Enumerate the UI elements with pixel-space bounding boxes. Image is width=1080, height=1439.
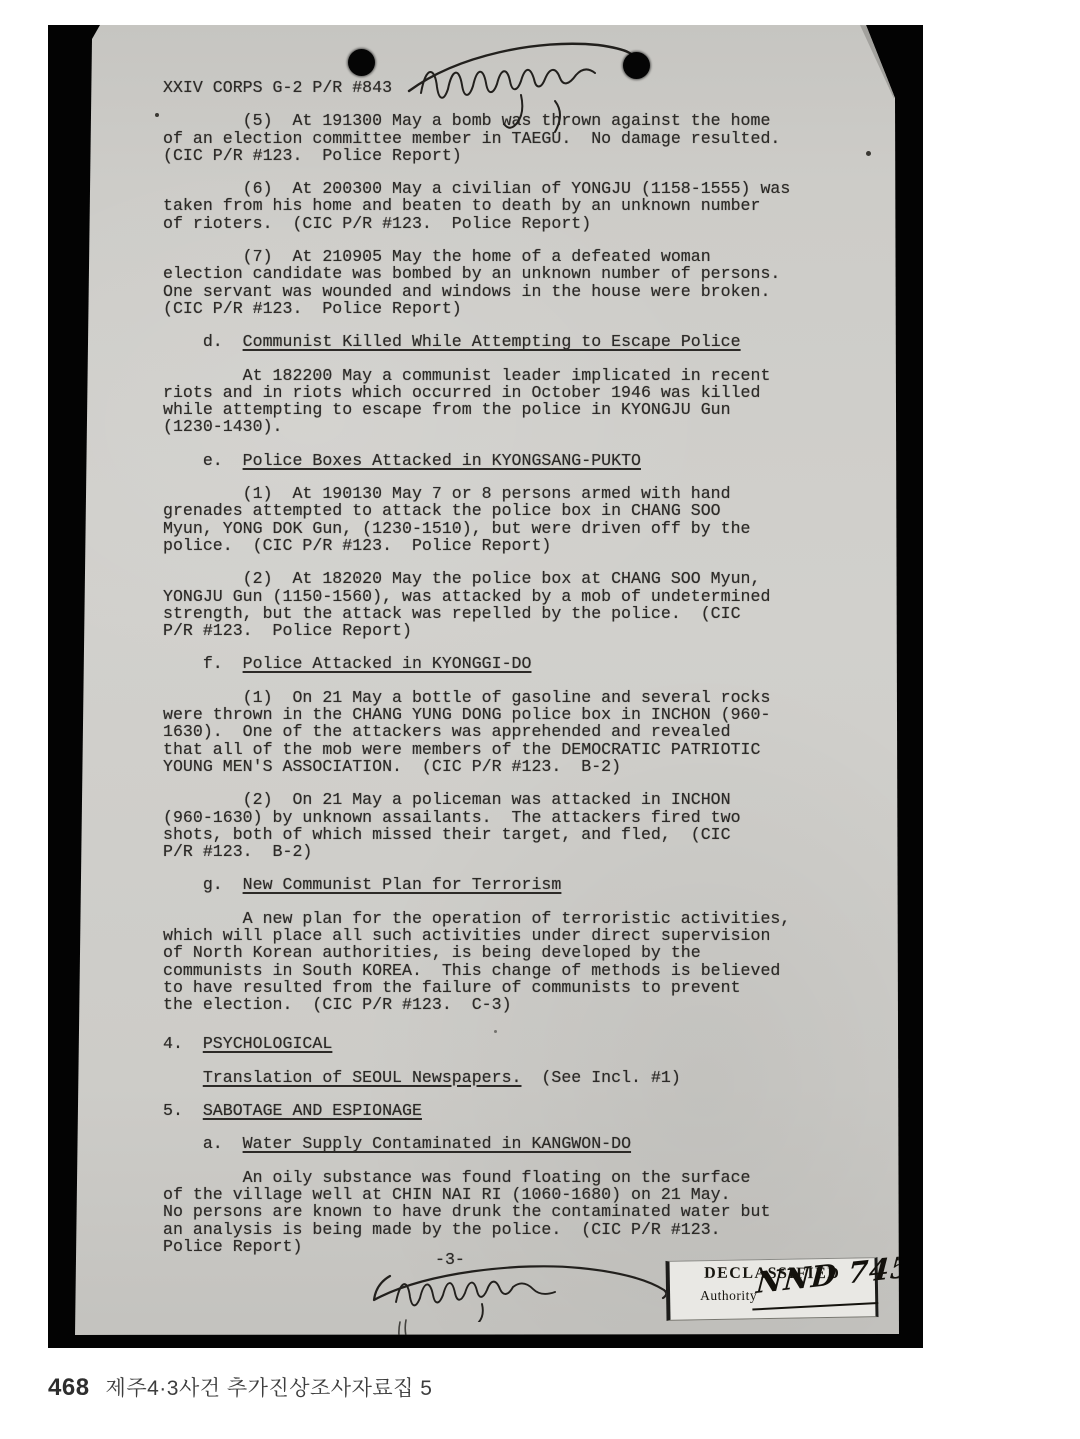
- section-5a-body: An oily substance was found floating on …: [163, 1169, 873, 1255]
- section-e-heading: e. Police Boxes Attacked in KYONGSANG-PU…: [163, 452, 873, 469]
- section-g-heading: g. New Communist Plan for Terrorism: [163, 876, 873, 893]
- punch-hole-icon: [348, 49, 375, 76]
- section-5-heading: 5. SABOTAGE AND ESPIONAGE: [163, 1102, 873, 1119]
- section-f-heading: f. Police Attacked in KYONGGI-DO: [163, 655, 873, 672]
- book-page-scan: XXIV CORPS G-2 P/R #843 (5) At 191300 Ma…: [0, 0, 1080, 1439]
- book-footer: 468 제주4·3사건 추가진상조사자료집 5: [48, 1372, 432, 1402]
- section-f-item-1: (1) On 21 May a bottle of gasoline and s…: [163, 689, 873, 775]
- section-d-heading: d. Communist Killed While Attempting to …: [163, 333, 873, 350]
- item-6: (6) At 200300 May a civilian of YONGJU (…: [163, 180, 873, 232]
- document-page: XXIV CORPS G-2 P/R #843 (5) At 191300 Ma…: [48, 25, 923, 1348]
- section-e-item-2: (2) At 182020 May the police box at CHAN…: [163, 570, 873, 639]
- ink-speck: [155, 113, 159, 117]
- section-4-body: Translation of SEOUL Newspapers. (See In…: [163, 1069, 873, 1086]
- document-body: XXIV CORPS G-2 P/R #843 (5) At 191300 Ma…: [163, 79, 873, 1268]
- declassified-authority-label: Authority: [700, 1288, 757, 1304]
- section-4-heading: 4. PSYCHOLOGICAL: [163, 1035, 873, 1052]
- section-g-body: A new plan for the operation of terroris…: [163, 910, 873, 1014]
- confidential-scrawl-bottom-handwriting: [370, 1260, 680, 1322]
- footer-page-number: 468: [48, 1374, 90, 1402]
- section-5a-heading: a. Water Supply Contaminated in KANGWON-…: [163, 1135, 873, 1152]
- authority-underline: [752, 1302, 878, 1311]
- punch-hole-icon: [623, 52, 650, 79]
- declassified-stamp: DECLASSIFIED Authority NND 745070: [665, 1257, 878, 1321]
- confidential-scrawl-top-handwriting: [403, 33, 693, 143]
- scanned-document-photo: XXIV CORPS G-2 P/R #843 (5) At 191300 Ma…: [48, 25, 923, 1348]
- stray-pen-mark: [393, 1318, 415, 1358]
- item-7: (7) At 210905 May the home of a defeated…: [163, 248, 873, 317]
- section-e-item-1: (1) At 190130 May 7 or 8 persons armed w…: [163, 485, 873, 554]
- section-d-body: At 182200 May a communist leader implica…: [163, 367, 873, 436]
- footer-caption: 제주4·3사건 추가진상조사자료집 5: [106, 1372, 433, 1402]
- ink-speck: [494, 1030, 497, 1033]
- section-f-item-2: (2) On 21 May a policeman was attacked i…: [163, 791, 873, 860]
- ink-speck: [866, 151, 871, 156]
